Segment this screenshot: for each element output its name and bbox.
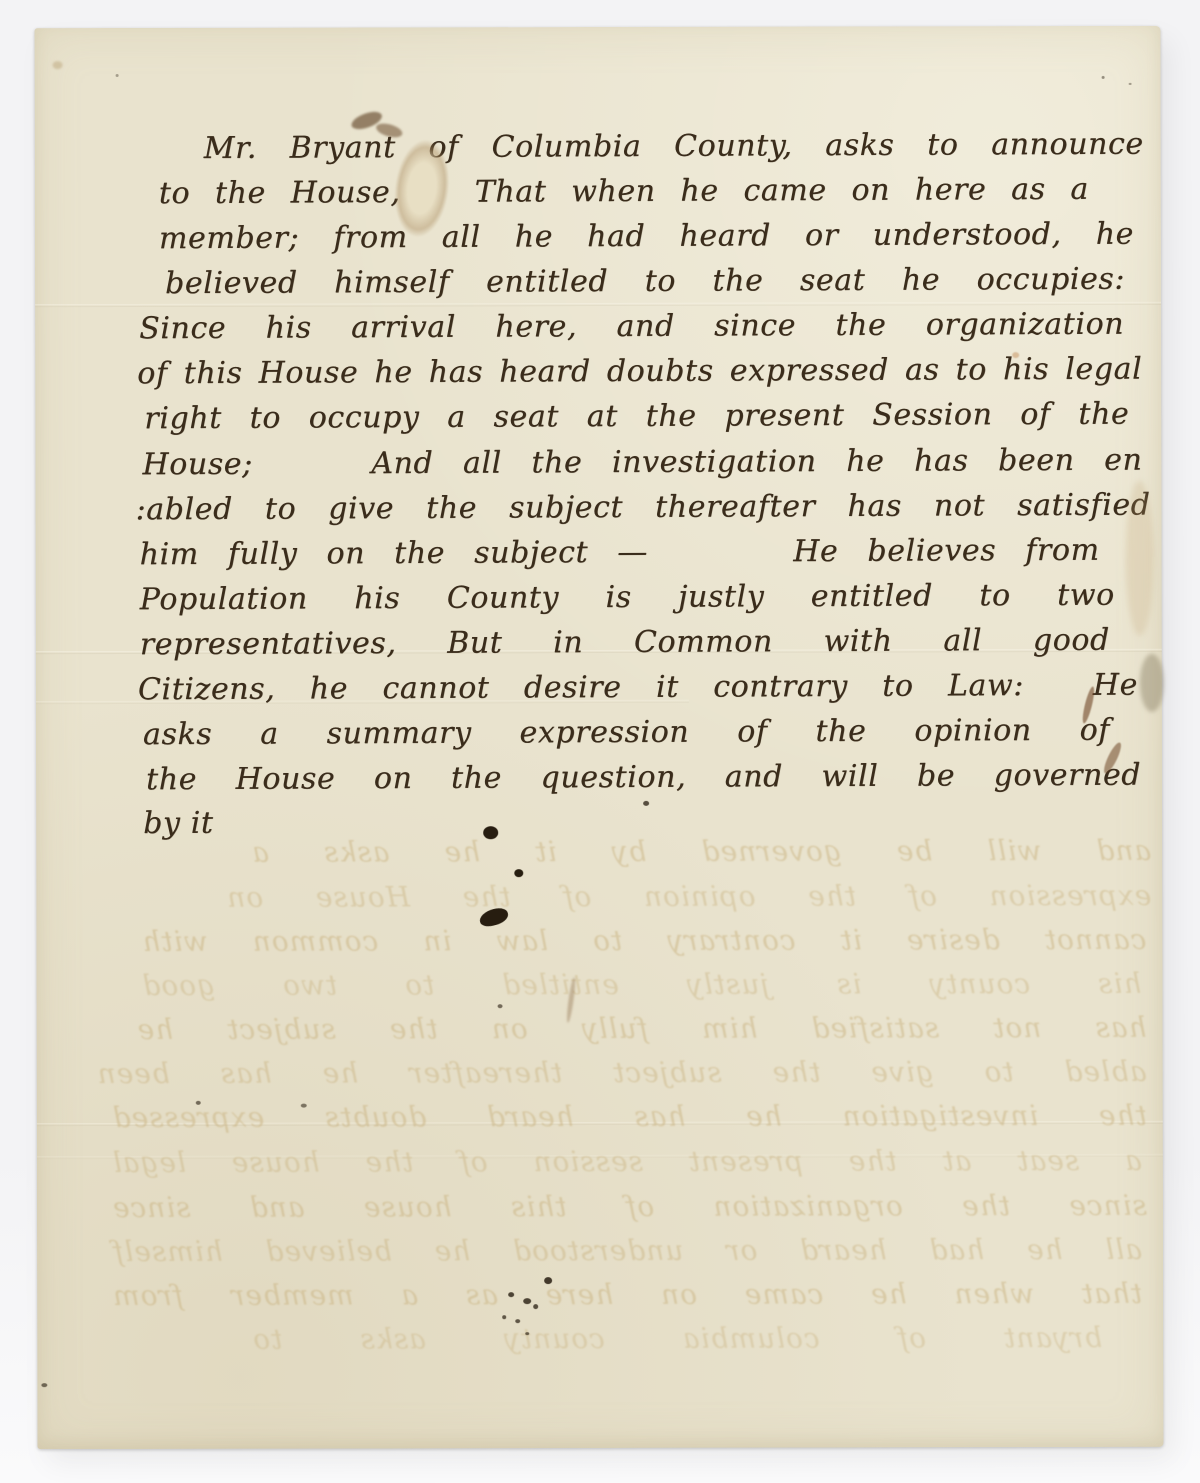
dust-speck [116,74,119,77]
ink-speck [301,1104,307,1108]
bleed-through-line: since the organization of this house and… [112,1187,1147,1227]
ink-speck [498,1004,503,1008]
ink-speck [533,1304,538,1309]
ink-speck [515,1319,520,1323]
bleed-through-line: has not satisfied him fully on the subje… [137,1009,1147,1049]
ink-blot [483,826,498,839]
manuscript-line: by it [143,804,214,844]
bleed-through-line: abled to give the subject thereafter he … [97,1053,1147,1093]
manuscript-line: him fully on the subject — He believes f… [140,531,1100,576]
bleed-through-line: the investigation he has heard doubts ex… [112,1097,1147,1137]
bleed-through-line: a seat at the present session of the hou… [112,1142,1142,1182]
manuscript-line: right to occupy a seat at the present Se… [144,395,1129,440]
corner-stain [53,61,63,69]
manuscript-line: Population his County is justly entitled… [140,576,1115,621]
manuscript-line: :abled to give the subject thereafter ha… [135,486,1150,531]
ink-speck [196,1101,201,1105]
scan-background: { "document": { "lines": [ "Mr. Bryant o… [0,0,1200,1483]
manuscript-line: believed himself entitled to the seat he… [165,260,1125,305]
ink-speck [502,1315,506,1319]
ink-speck [643,801,649,806]
bleed-through-line: expression of the opinion of the House o… [226,877,1151,917]
manuscript-line: the House on the question, and will be g… [146,756,1141,801]
bleed-through-line: bryant of columbia county asks to [252,1319,1102,1359]
manuscript-line: member; from all he had heard or underst… [159,215,1134,260]
manuscript-line: to the House, That when he came on here … [159,170,1089,214]
manuscript-line: Citizens, he cannot desire it contrary t… [138,666,1138,711]
bleed-through-line: his county is justly entitled to two goo… [141,965,1141,1005]
bleed-through-line: cannot desire it contrary to law in comm… [141,921,1146,961]
manuscript-page: and will be governed by it he asks a exp… [35,26,1164,1449]
manuscript-line: asks a summary expression of the opinion… [143,711,1110,756]
ink-speck [523,1298,531,1304]
manuscript-line: Since his arrival here, and since the or… [139,305,1124,350]
manuscript-line: House; And all the investigation he has … [142,441,1142,486]
ink-speck [544,1277,552,1284]
ink-speck [41,1383,47,1387]
bleed-through-line: and will be governed by it he asks a [251,832,1151,872]
manuscript-line: Mr. Bryant of Columbia County, asks to a… [204,125,1144,169]
manuscript-line: of this House he has heard doubts expres… [137,350,1142,395]
edge-stain [1140,654,1164,712]
manuscript-line: representatives, But in Common with all … [140,621,1110,666]
bleed-through-line: all he had heard or understood he believ… [112,1231,1142,1271]
dust-speck [1129,83,1132,85]
ink-blot [514,869,523,877]
ink-speck [508,1292,514,1297]
bleed-through-line: that when he came on here as a member fr… [112,1275,1142,1315]
ink-speck [525,1332,529,1335]
dust-speck [1102,76,1105,79]
